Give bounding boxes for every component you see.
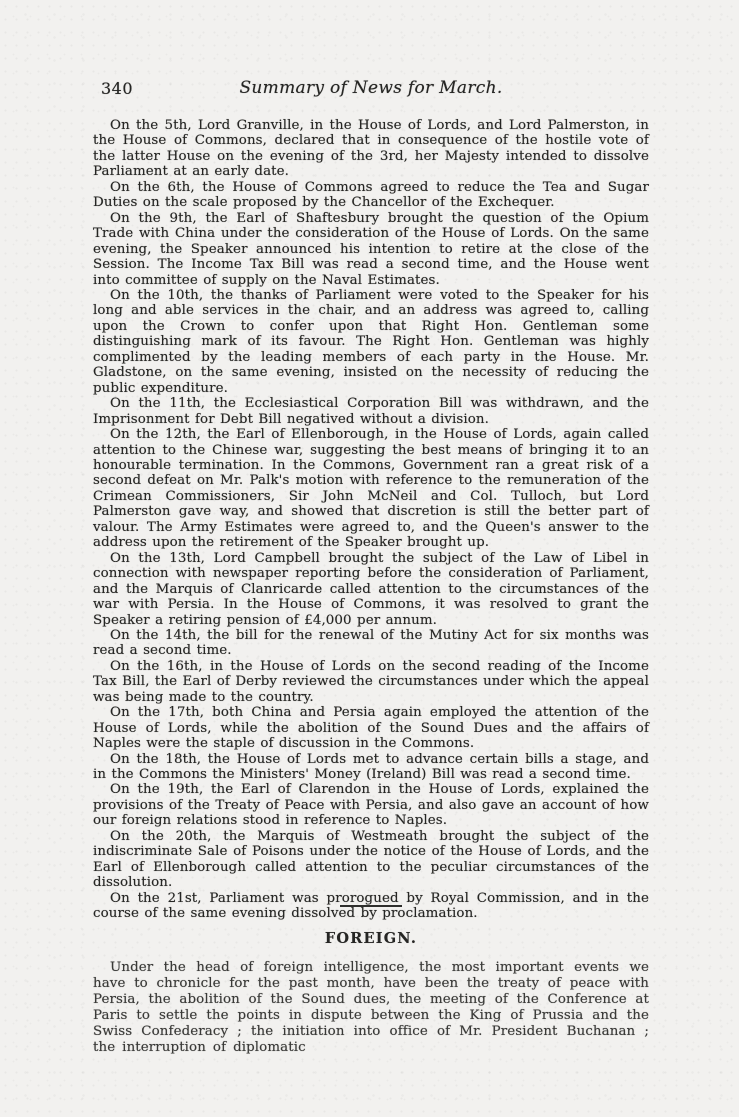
news-paragraph-17th: On the 17th, both China and Persia again… <box>93 705 649 751</box>
news-paragraph-18th: On the 18th, the House of Lords met to a… <box>93 752 649 783</box>
news-paragraph-5th: On the 5th, Lord Granville, in the House… <box>93 118 649 180</box>
foreign-paragraph: Under the head of foreign intelligence, … <box>93 960 649 1056</box>
news-paragraph-9th: On the 9th, the Earl of Shaftesbury brou… <box>93 211 649 288</box>
news-paragraph-16th: On the 16th, in the House of Lords on th… <box>93 659 649 705</box>
news-paragraph-19th: On the 19th, the Earl of Clarendon in th… <box>93 782 649 828</box>
news-paragraph-14th: On the 14th, the bill for the renewal of… <box>93 628 649 659</box>
news-paragraph-12th: On the 12th, the Earl of Ellenborough, i… <box>93 427 649 551</box>
news-paragraph-13th: On the 13th, Lord Campbell brought the s… <box>93 551 649 628</box>
foreign-section-heading: FOREIGN. <box>93 930 649 947</box>
news-paragraph-20th: On the 20th, the Marquis of Westmeath br… <box>93 829 649 891</box>
page-number: 340 <box>101 79 133 98</box>
news-paragraph-6th: On the 6th, the House of Commons agreed … <box>93 180 649 211</box>
page-header: 340 Summary of News for March. <box>93 78 649 102</box>
news-paragraph-10th: On the 10th, the thanks of Parliament we… <box>93 288 649 396</box>
document-page: 340 Summary of News for March. On the 5t… <box>0 0 739 1117</box>
foreign-section: FOREIGN. Under the head of foreign intel… <box>93 897 649 1056</box>
page-title: Summary of News for March. <box>93 78 649 98</box>
section-divider <box>340 905 402 907</box>
news-paragraph-11th: On the 11th, the Ecclesiastical Corporat… <box>93 396 649 427</box>
march-summary-section: On the 5th, Lord Granville, in the House… <box>93 118 649 922</box>
